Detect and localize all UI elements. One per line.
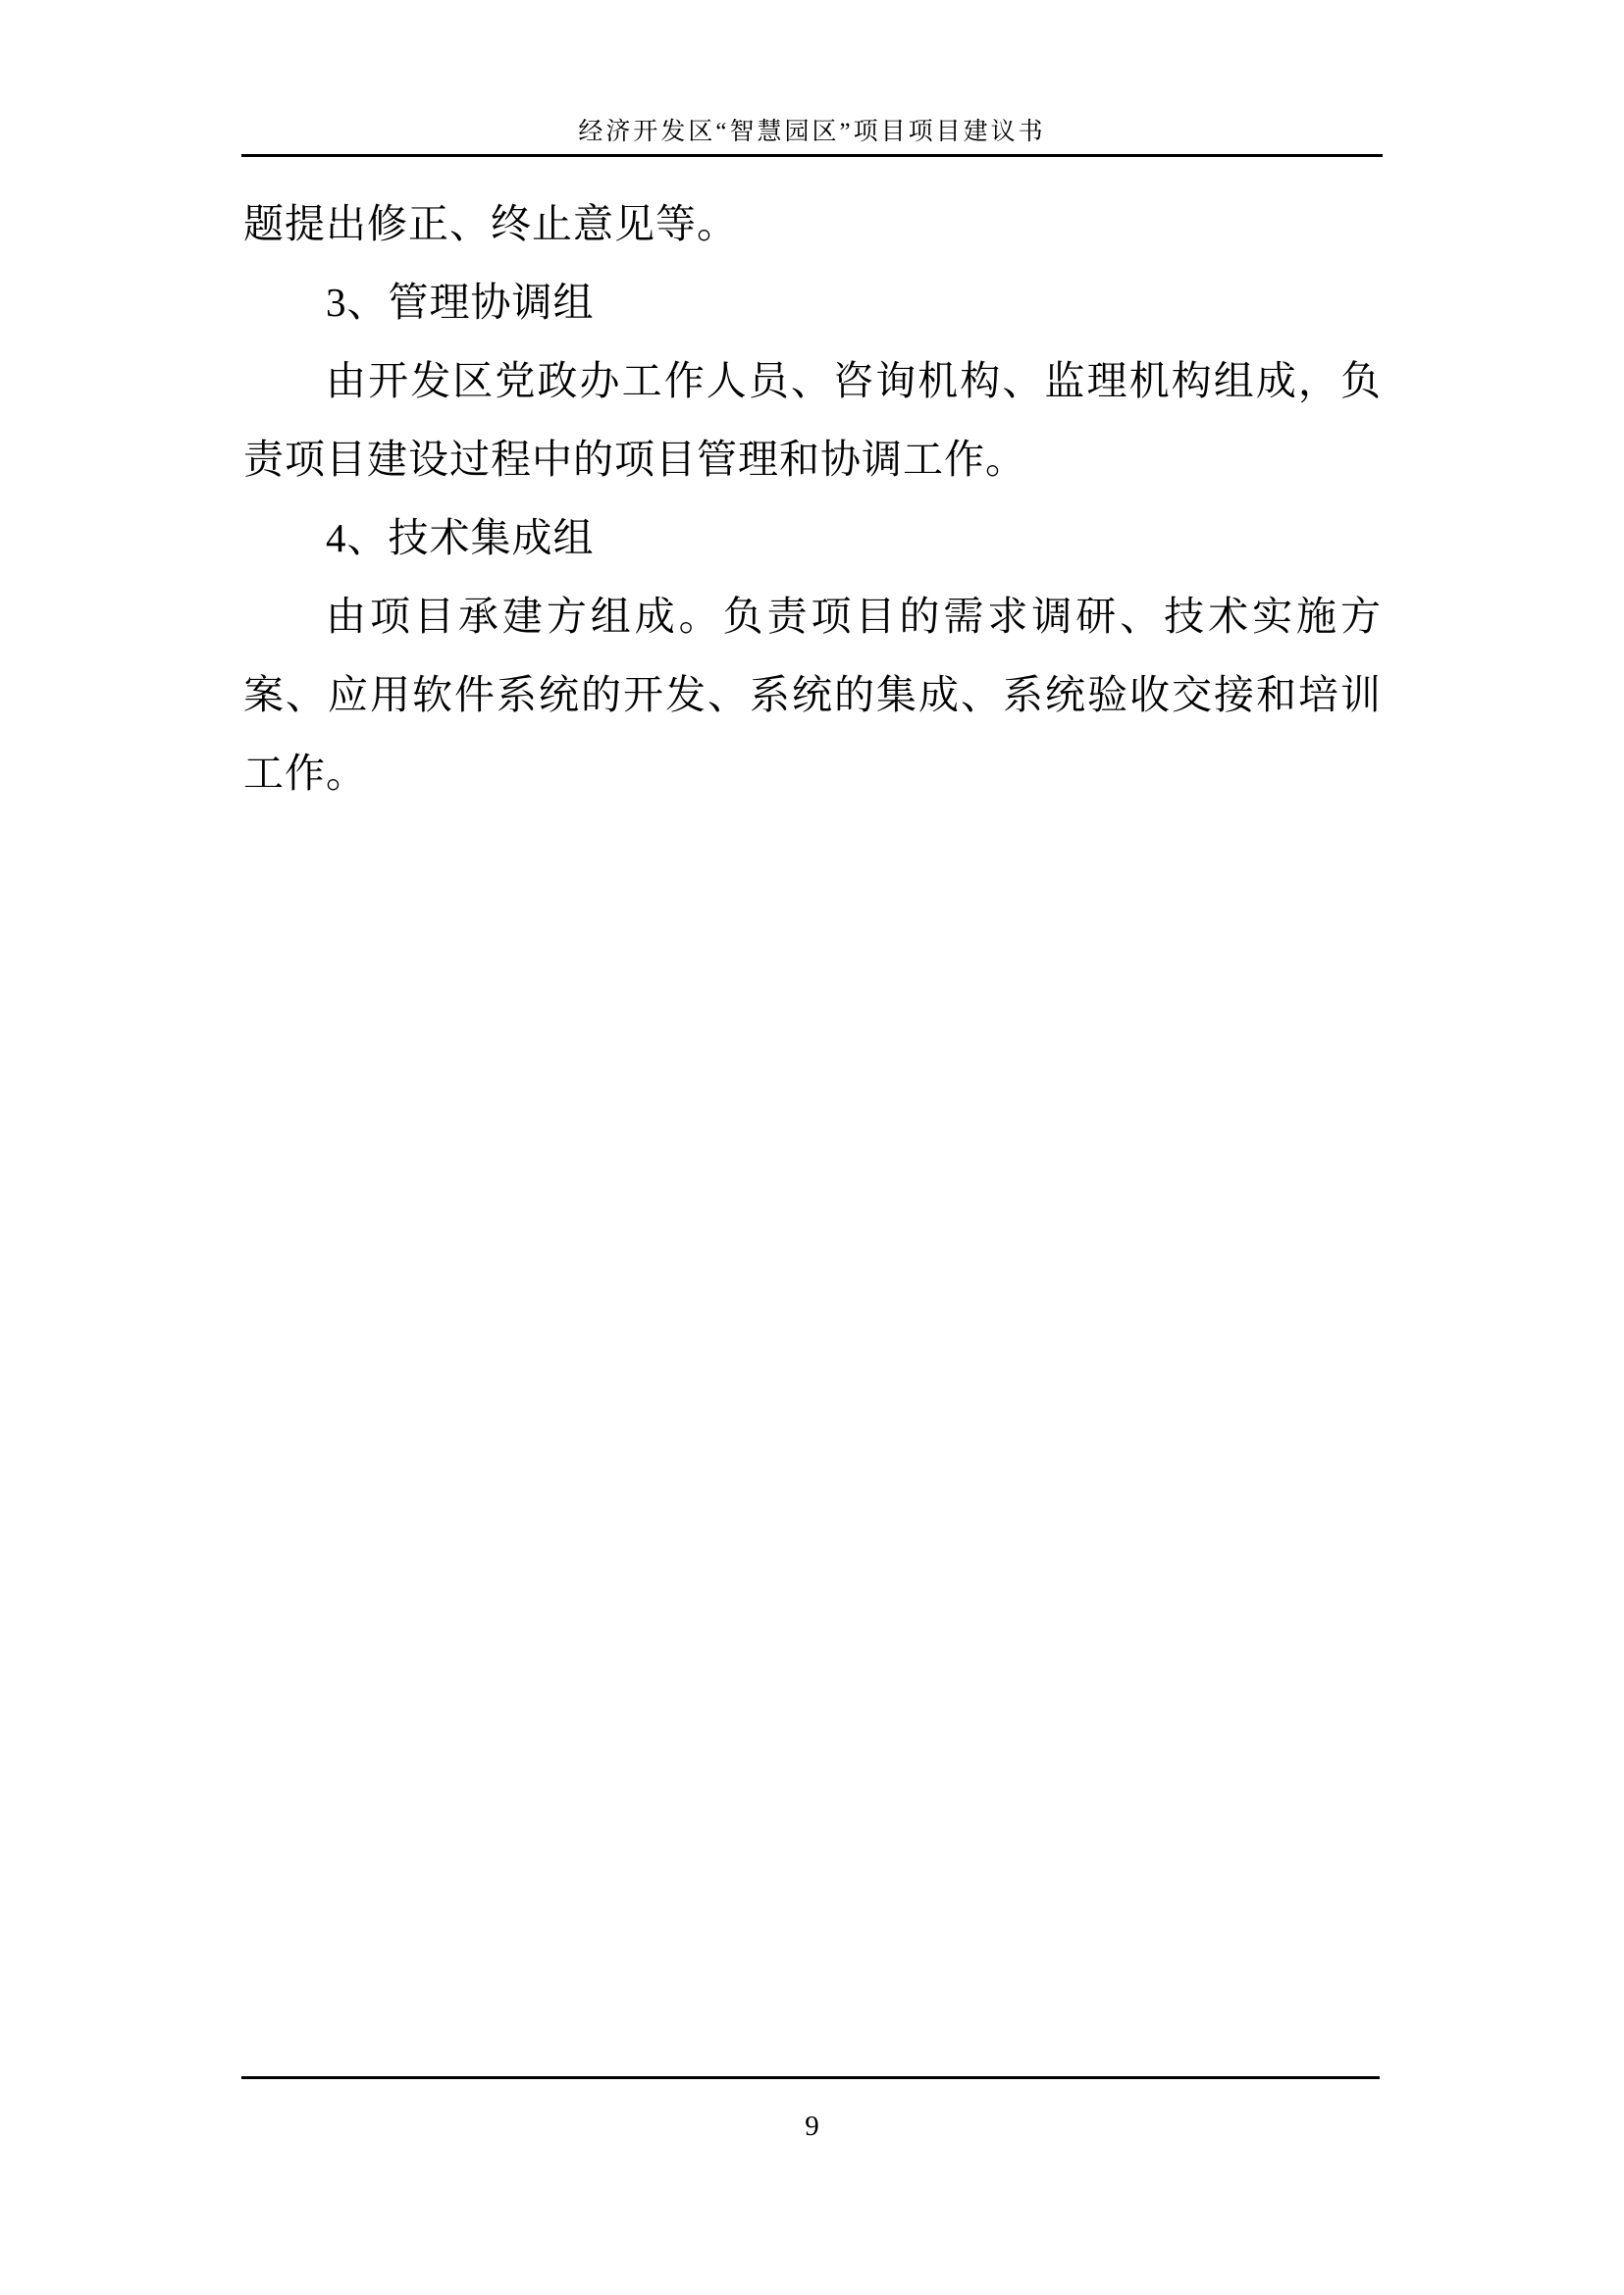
paragraph-group-3-description: 由开发区党政办工作人员、咨询机构、监理机构组成，负责项目建设过程中的项目管理和协… bbox=[243, 341, 1382, 498]
page-header: 经济开发区“智慧园区”项目项目建议书 bbox=[241, 0, 1383, 157]
paragraph-continuation: 题提出修正、终止意见等。 bbox=[243, 184, 1382, 263]
document-body: 题提出修正、终止意见等。 3、管理协调组 由开发区党政办工作人员、咨询机构、监理… bbox=[243, 184, 1382, 812]
heading-group-3: 3、管理协调组 bbox=[243, 263, 1382, 341]
page-number: 9 bbox=[0, 2110, 1624, 2143]
heading-group-4: 4、技术集成组 bbox=[243, 498, 1382, 577]
header-title: 经济开发区“智慧园区”项目项目建议书 bbox=[241, 0, 1383, 147]
document-page: 经济开发区“智慧园区”项目项目建议书 题提出修正、终止意见等。 3、管理协调组 … bbox=[0, 0, 1624, 2295]
footer-rule bbox=[241, 2076, 1380, 2079]
header-rule bbox=[241, 154, 1383, 157]
paragraph-group-4-description: 由项目承建方组成。负责项目的需求调研、技术实施方案、应用软件系统的开发、系统的集… bbox=[243, 577, 1382, 812]
